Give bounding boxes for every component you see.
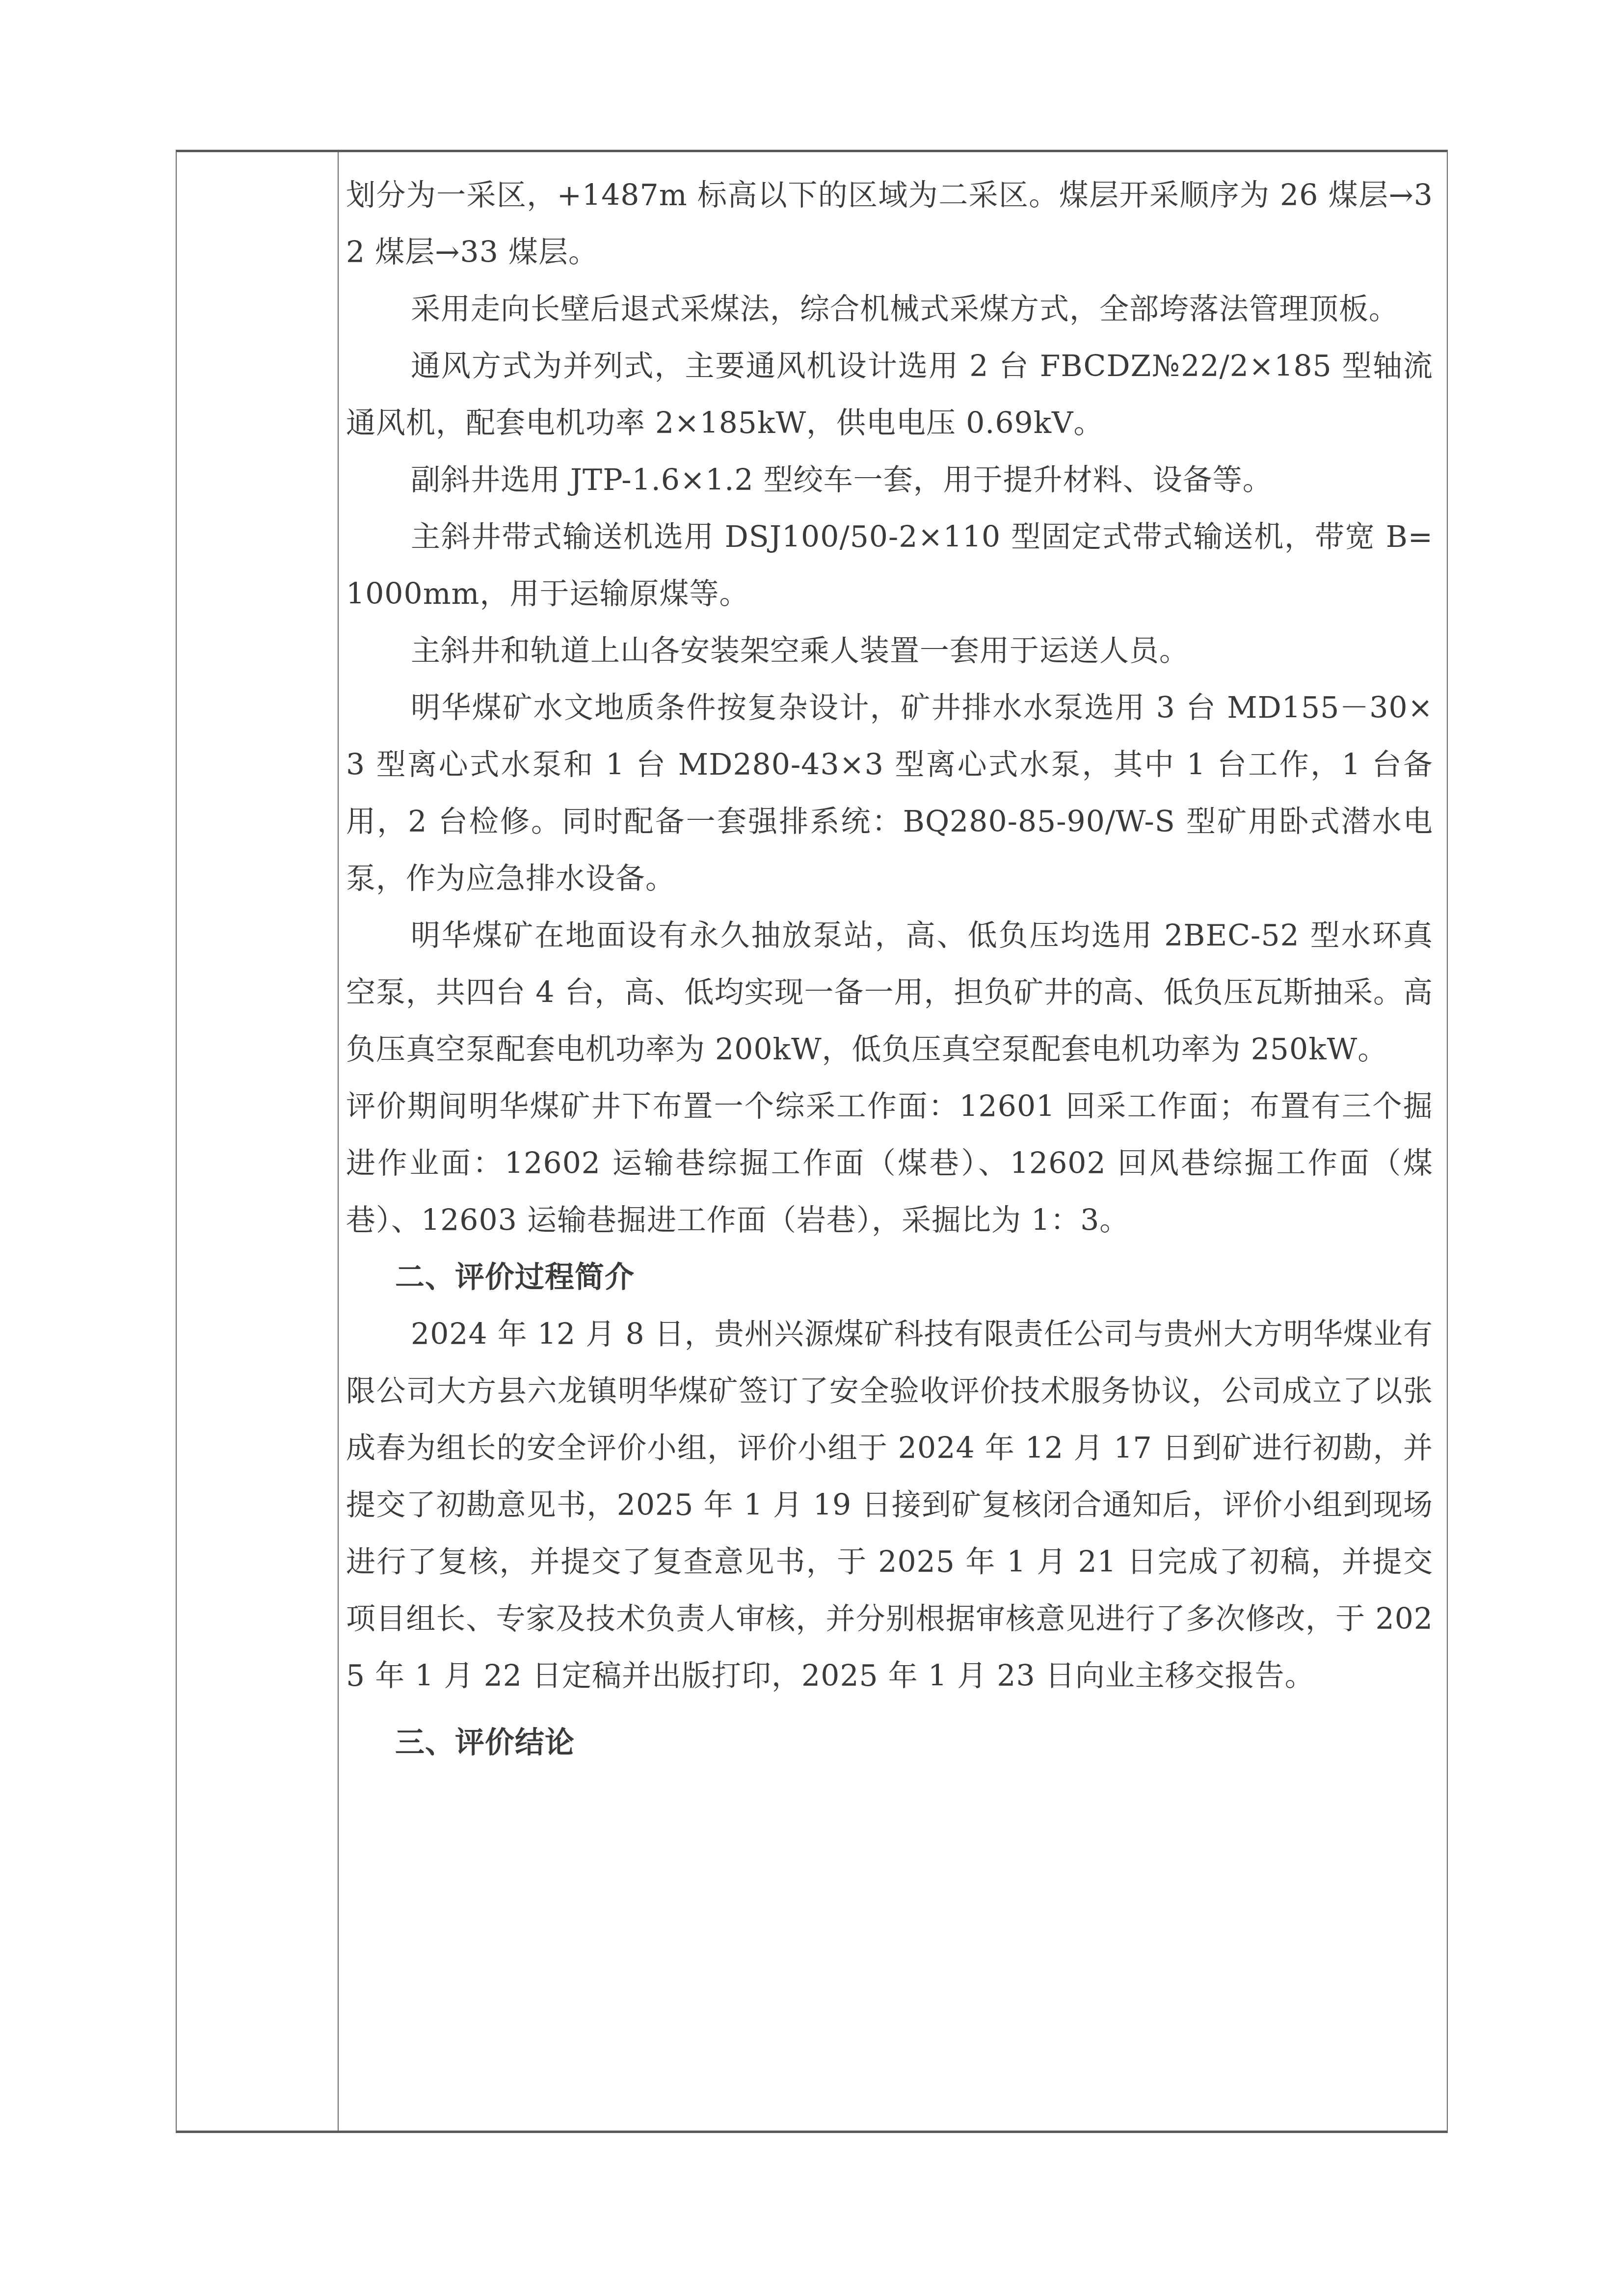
- paragraph-mining-method: 采用走向长壁后退式采煤法，综合机械式采煤方式，全部垮落法管理顶板。: [346, 281, 1433, 338]
- paragraph-working-faces: 评价期间明华煤矿井下布置一个综采工作面：12601 回采工作面；布置有三个掘进作…: [346, 1078, 1433, 1249]
- paragraph-personnel-transport: 主斜井和轨道上山各安装架空乘人装置一套用于运送人员。: [346, 622, 1433, 679]
- table-content-cell: 划分为一采区，+1487m 标高以下的区域为二采区。煤层开采顺序为 26 煤层→…: [346, 152, 1433, 2131]
- paragraph-conveyor: 主斜井带式输送机选用 DSJ100/50-2×110 型固定式带式输送机，带宽 …: [346, 509, 1433, 622]
- report-table: 划分为一采区，+1487m 标高以下的区域为二采区。煤层开采顺序为 26 煤层→…: [176, 150, 1448, 2133]
- paragraph-evaluation-process: 2024 年 12 月 8 日，贵州兴源煤矿科技有限责任公司与贵州大方明华煤业有…: [346, 1306, 1433, 1704]
- table-label-column: [177, 152, 339, 2131]
- paragraph-ventilation: 通风方式为并列式，主要通风机设计选用 2 台 FBCDZ№22/2×185 型轴…: [346, 338, 1433, 452]
- section-heading-evaluation-conclusion: 三、评价结论: [346, 1714, 1433, 1771]
- section-heading-evaluation-process: 二、评价过程简介: [346, 1249, 1433, 1306]
- paragraph-winch: 副斜井选用 JTP-1.6×1.2 型绞车一套，用于提升材料、设备等。: [346, 452, 1433, 509]
- paragraph-mining-area: 划分为一采区，+1487m 标高以下的区域为二采区。煤层开采顺序为 26 煤层→…: [346, 167, 1433, 281]
- paragraph-drainage: 明华煤矿水文地质条件按复杂设计，矿井排水水泵选用 3 台 MD155－30×3 …: [346, 679, 1433, 907]
- paragraph-gas-extraction: 明华煤矿在地面设有永久抽放泵站，高、低负压均选用 2BEC-52 型水环真空泵，…: [346, 907, 1433, 1078]
